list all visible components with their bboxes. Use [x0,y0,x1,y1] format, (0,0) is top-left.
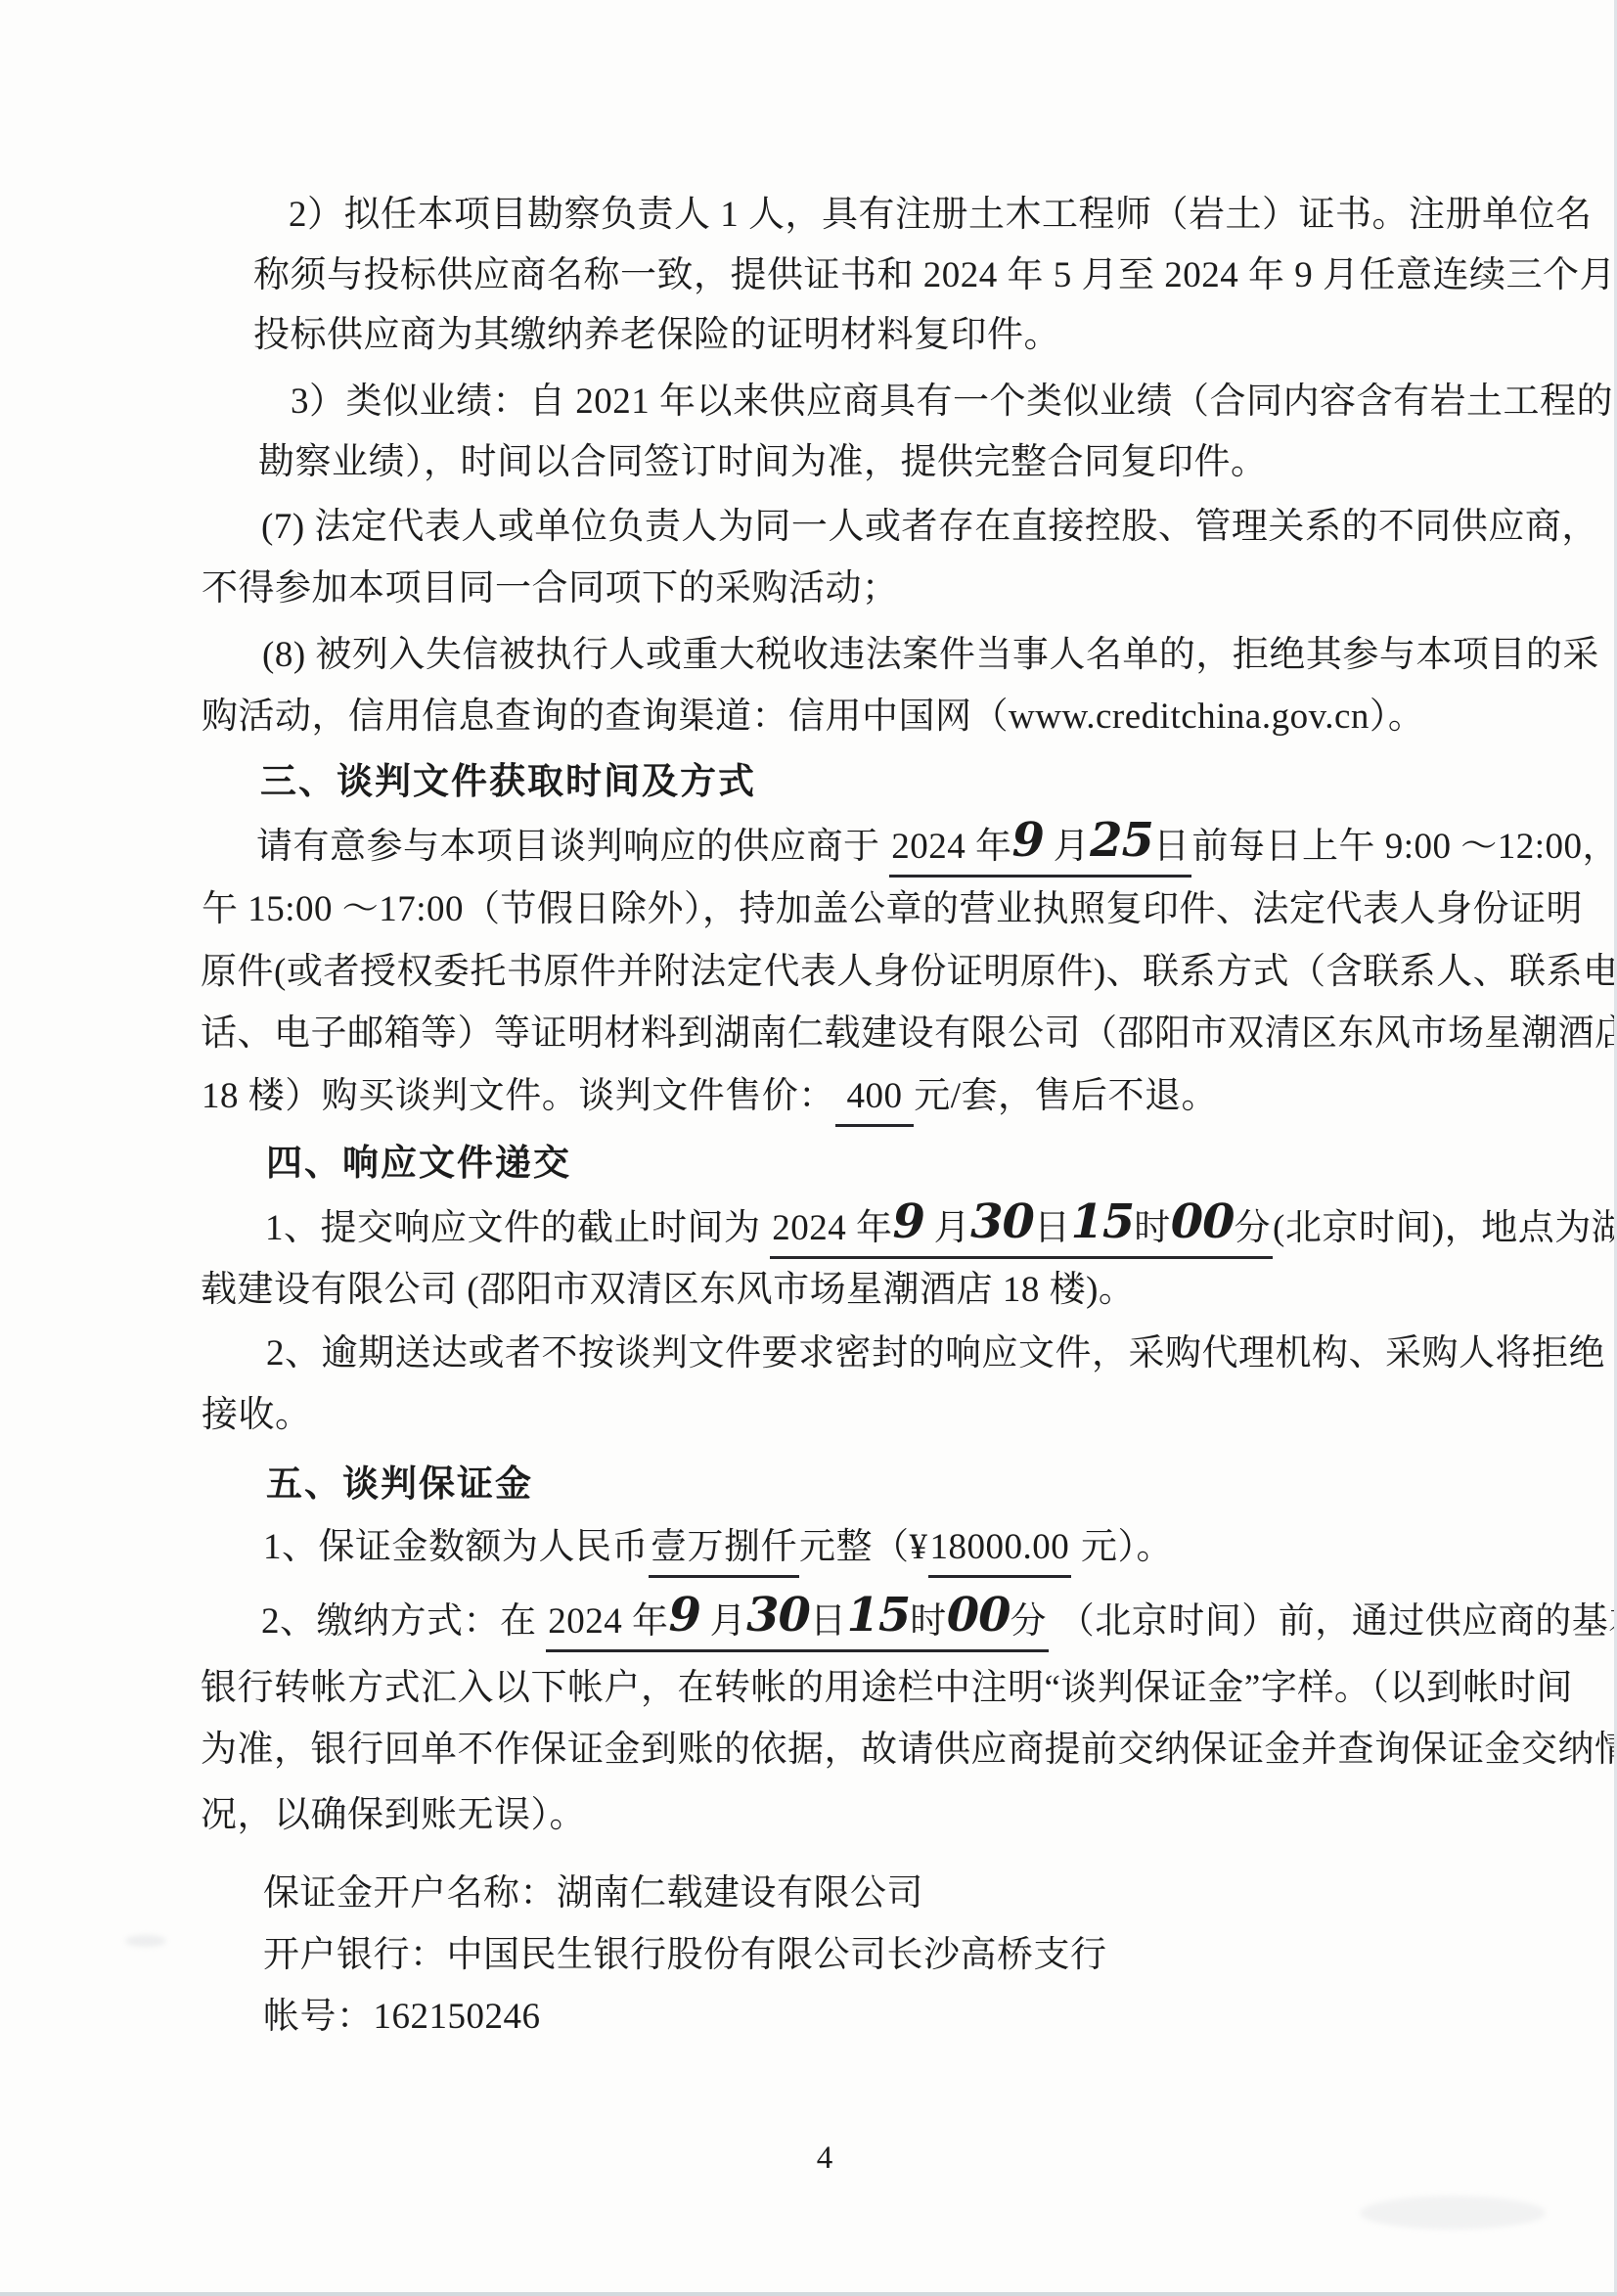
scan-smudge [125,1935,166,1947]
printed-text: 元/套，售后不退。 [914,1076,1218,1116]
printed-text: 2、逾期送达或者不按谈判文件要求密封的响应文件，采购代理机构、采购人将拒绝 [266,1333,1605,1373]
printed-text: 2024 年 [548,1601,668,1642]
printed-text: 2024 年 [891,827,1011,867]
doc-line-26: 况，以确保到账无误）。 [201,1791,586,1840]
printed-text: 分 [1235,1208,1272,1248]
printed-text: 分 [1011,1601,1048,1642]
underlined-blank: 2024 年9 月30日15时00分 [546,1598,1049,1652]
printed-text: 元整（¥ [799,1527,928,1567]
printed-text: 购活动，信用信息查询的查询渠道：信用中国网（www.creditchina.go… [202,697,1424,737]
page-number: 4 [776,2140,874,2177]
printed-text: (7) 法定代表人或单位负责人为同一人或者存在直接控股、管理关系的不同供应商， [261,507,1598,547]
printed-text: 3）类似业绩：自 2021 年以来供应商具有一个类似业绩（合同内容含有岩土工程的 [291,382,1613,422]
underlined-blank: 400 [835,1072,915,1127]
printed-text: 1、提交响应文件的截止时间为 [265,1208,770,1248]
printed-text: 请有意参与本项目谈判响应的供应商于 [256,827,889,867]
handwritten-text: 15 [846,1588,910,1643]
underlined-blank: 2024 年9 月25日 [889,823,1191,878]
printed-text: 1、保证金数额为人民币 [263,1527,649,1567]
underlined-blank: 壹万捌仟 [649,1523,799,1578]
doc-line-23: 2、缴纳方式：在 2024 年9 月30日15时00分 （北京时间）前，通过供应… [261,1598,1617,1652]
printed-text: 开户银行：中国民生银行股份有限公司长沙高桥支行 [263,1935,1107,1975]
printed-text: 2）拟任本项目勘察负责人 1 人，具有注册土木工程师（岩土）证书。注册单位名 [289,195,1593,235]
printed-text: 2、缴纳方式：在 [261,1601,546,1642]
printed-text: 银行转帐方式汇入以下帐户，在转帐的用途栏中注明“谈判保证金”字样。（以到帐时间 [201,1668,1573,1708]
doc-line-22: 1、保证金数额为人民币壹万捌仟元整（¥18000.00 元）。 [263,1523,1173,1578]
printed-text: (北京时间)，地点为湖南仁 [1273,1208,1617,1248]
printed-text: 保证金开户名称：湖南仁载建设有限公司 [263,1873,923,1913]
doc-line-12: 午 15:00 ～17:00（节假日除外），持加盖公章的营业执照复印件、法定代表… [202,885,1583,934]
printed-text: 四、响应文件递交 [266,1142,571,1184]
doc-line-13: 原件(或者授权委托书原件并附法定代表人身份证明原件)、联系方式（含联系人、联系电 [201,948,1617,997]
document-page: 2）拟任本项目勘察负责人 1 人，具有注册土木工程师（岩土）证书。注册单位名称须… [0,0,1617,2296]
printed-text: 月 [924,1208,970,1248]
handwritten-text: 15 [1070,1194,1134,1249]
printed-text: 话、电子邮箱等）等证明材料到湖南仁载建设有限公司（邵阳市双清区东风市场星潮酒店 [201,1013,1617,1054]
doc-line-28: 开户银行：中国民生银行股份有限公司长沙高桥支行 [263,1931,1107,1980]
printed-text: 日 [1034,1208,1071,1248]
printed-text: 日 [1153,827,1190,867]
printed-text: 前每日上午 9:00 ～12:00，下 [1191,827,1617,867]
doc-line-29: 帐号：162150246 [263,1993,541,2042]
printed-text: 为准，银行回单不作保证金到账的依据，故请供应商提前交纳保证金并查询保证金交纳情 [201,1730,1617,1770]
printed-text: 月 [1044,827,1090,867]
printed-text: 午 15:00 ～17:00（节假日除外），持加盖公章的营业执照复印件、法定代表… [202,889,1583,929]
scan-smudge [1360,2196,1546,2229]
doc-line-27: 保证金开户名称：湖南仁载建设有限公司 [263,1869,923,1918]
printed-text: 时 [1134,1208,1171,1248]
handwritten-text: 9 [1012,813,1044,868]
printed-text: 勘察业绩），时间以合同签订时间为准，提供完整合同复印件。 [258,442,1268,482]
scan-edge-bottom [0,2292,1617,2296]
printed-text: 帐号：162150246 [263,1997,541,2037]
printed-text: 18 楼）购买谈判文件。谈判文件售价： [202,1076,835,1116]
doc-line-9: 购活动，信用信息查询的查询渠道：信用中国网（www.creditchina.go… [202,693,1424,742]
doc-line-7: 不得参加本项目同一合同项下的采购活动； [202,564,899,613]
doc-line-2: 称须与投标供应商名称一致，提供证书和 2024 年 5 月至 2024 年 9 … [253,251,1616,300]
doc-line-15: 18 楼）购买谈判文件。谈判文件售价： 400 元/套，售后不退。 [202,1072,1218,1127]
handwritten-text: 9 [893,1194,924,1249]
printed-text: 18000.00 [930,1527,1070,1567]
doc-line-11: 请有意参与本项目谈判响应的供应商于 2024 年9 月25日前每日上午 9:00… [256,823,1617,878]
printed-text: 壹万捌仟 [651,1527,797,1567]
printed-text: 况，以确保到账无误）。 [201,1795,586,1835]
handwritten-text: 00 [1171,1194,1235,1249]
printed-text: 月 [700,1601,746,1642]
doc-line-3: 投标供应商为其缴纳养老保险的证明材料复印件。 [253,311,1060,360]
doc-line-20: 接收。 [202,1391,312,1440]
doc-line-1: 2）拟任本项目勘察负责人 1 人，具有注册土木工程师（岩土）证书。注册单位名 [289,191,1593,240]
doc-line-14: 话、电子邮箱等）等证明材料到湖南仁载建设有限公司（邵阳市双清区东风市场星潮酒店 [201,1010,1617,1058]
printed-text: （北京时间）前，通过供应商的基本户以 [1049,1601,1617,1642]
printed-text: 投标供应商为其缴纳养老保险的证明材料复印件。 [253,315,1060,355]
handwritten-text: 30 [970,1194,1034,1249]
printed-text: 日 [810,1601,847,1642]
handwritten-text: 9 [669,1588,700,1643]
section-heading-line-10: 三、谈判文件获取时间及方式 [260,757,756,806]
doc-line-6: (7) 法定代表人或单位负责人为同一人或者存在直接控股、管理关系的不同供应商， [261,503,1598,552]
printed-text: 2024 年 [772,1208,892,1248]
doc-line-5: 勘察业绩），时间以合同签订时间为准，提供完整合同复印件。 [258,438,1268,487]
handwritten-text: 25 [1090,813,1153,868]
printed-text: (8) 被列入失信被执行人或重大税收违法案件当事人名单的，拒绝其参与本项目的采 [262,635,1599,675]
doc-line-25: 为准，银行回单不作保证金到账的依据，故请供应商提前交纳保证金并查询保证金交纳情 [201,1726,1617,1775]
printed-text: 五、谈判保证金 [266,1463,533,1505]
printed-text: 元）。 [1071,1527,1173,1567]
doc-line-8: (8) 被列入失信被执行人或重大税收违法案件当事人名单的，拒绝其参与本项目的采 [262,631,1599,680]
printed-text: 载建设有限公司 (邵阳市双清区东风市场星潮酒店 18 楼)。 [201,1270,1135,1310]
doc-line-17: 1、提交响应文件的截止时间为 2024 年9 月30日15时00分(北京时间)，… [265,1204,1617,1259]
printed-text: 三、谈判文件获取时间及方式 [260,760,756,802]
underlined-blank: 18000.00 [928,1523,1072,1578]
section-heading-line-16: 四、响应文件递交 [266,1139,571,1188]
doc-line-18: 载建设有限公司 (邵阳市双清区东风市场星潮酒店 18 楼)。 [201,1266,1135,1315]
printed-text: 400 [837,1076,913,1116]
underlined-blank: 2024 年9 月30日15时00分 [770,1204,1273,1259]
doc-line-19: 2、逾期送达或者不按谈判文件要求密封的响应文件，采购代理机构、采购人将拒绝 [266,1329,1605,1378]
printed-text: 原件(或者授权委托书原件并附法定代表人身份证明原件)、联系方式（含联系人、联系电 [201,952,1617,992]
printed-text: 称须与投标供应商名称一致，提供证书和 2024 年 5 月至 2024 年 9 … [253,255,1616,295]
doc-line-24: 银行转帐方式汇入以下帐户，在转帐的用途栏中注明“谈判保证金”字样。（以到帐时间 [201,1664,1573,1713]
handwritten-text: 00 [947,1588,1011,1643]
printed-text: 时 [910,1601,947,1642]
printed-text: 不得参加本项目同一合同项下的采购活动； [202,568,899,608]
section-heading-line-21: 五、谈判保证金 [266,1460,533,1508]
handwritten-text: 30 [746,1588,810,1643]
doc-line-4: 3）类似业绩：自 2021 年以来供应商具有一个类似业绩（合同内容含有岩土工程的 [291,378,1613,427]
printed-text: 接收。 [202,1395,312,1435]
